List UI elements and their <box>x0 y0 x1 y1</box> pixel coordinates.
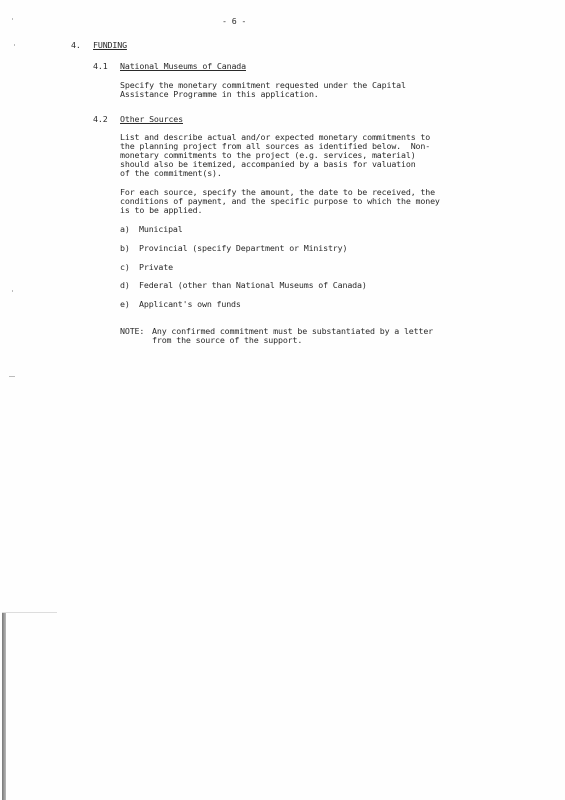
list-item-own-funds: Applicant's own funds <box>139 300 241 309</box>
subsection-4-1-number: 4.1 <box>93 62 108 71</box>
subsection-4-2-number: 4.2 <box>93 115 108 124</box>
scan-speck <box>14 44 15 46</box>
scan-speck <box>12 290 13 292</box>
section-number: 4. <box>71 41 81 50</box>
para-4-2b-line: is to be applied. <box>120 206 202 215</box>
note-label: NOTE: <box>120 327 144 336</box>
section-title: FUNDING <box>93 41 127 50</box>
list-item-municipal: Municipal <box>139 225 183 234</box>
list-item-federal: Federal (other than National Museums of … <box>139 281 367 290</box>
list-marker: a) <box>120 225 130 234</box>
scan-speck <box>12 18 13 20</box>
list-item-private: Private <box>139 263 173 272</box>
para-4-2-line: of the commitment(s). <box>120 169 222 178</box>
para-4-1-line: Assistance Programme in this application… <box>120 90 319 99</box>
subsection-4-1-title: National Museums of Canada <box>120 62 246 71</box>
list-marker: d) <box>120 281 130 290</box>
list-marker: e) <box>120 300 130 309</box>
subsection-4-2-title: Other Sources <box>120 115 183 124</box>
scan-edge-shadow <box>2 613 6 800</box>
list-marker: b) <box>120 244 130 253</box>
list-marker: c) <box>120 263 130 272</box>
scan-edge-top <box>2 612 57 613</box>
page-number: - 6 - <box>222 17 246 26</box>
note-line: from the source of the support. <box>152 336 302 345</box>
scan-speck <box>9 376 15 377</box>
list-item-provincial: Provincial (specify Department or Minist… <box>139 244 347 253</box>
document-page: - 6 - 4. FUNDING 4.1 National Museums of… <box>0 0 565 800</box>
